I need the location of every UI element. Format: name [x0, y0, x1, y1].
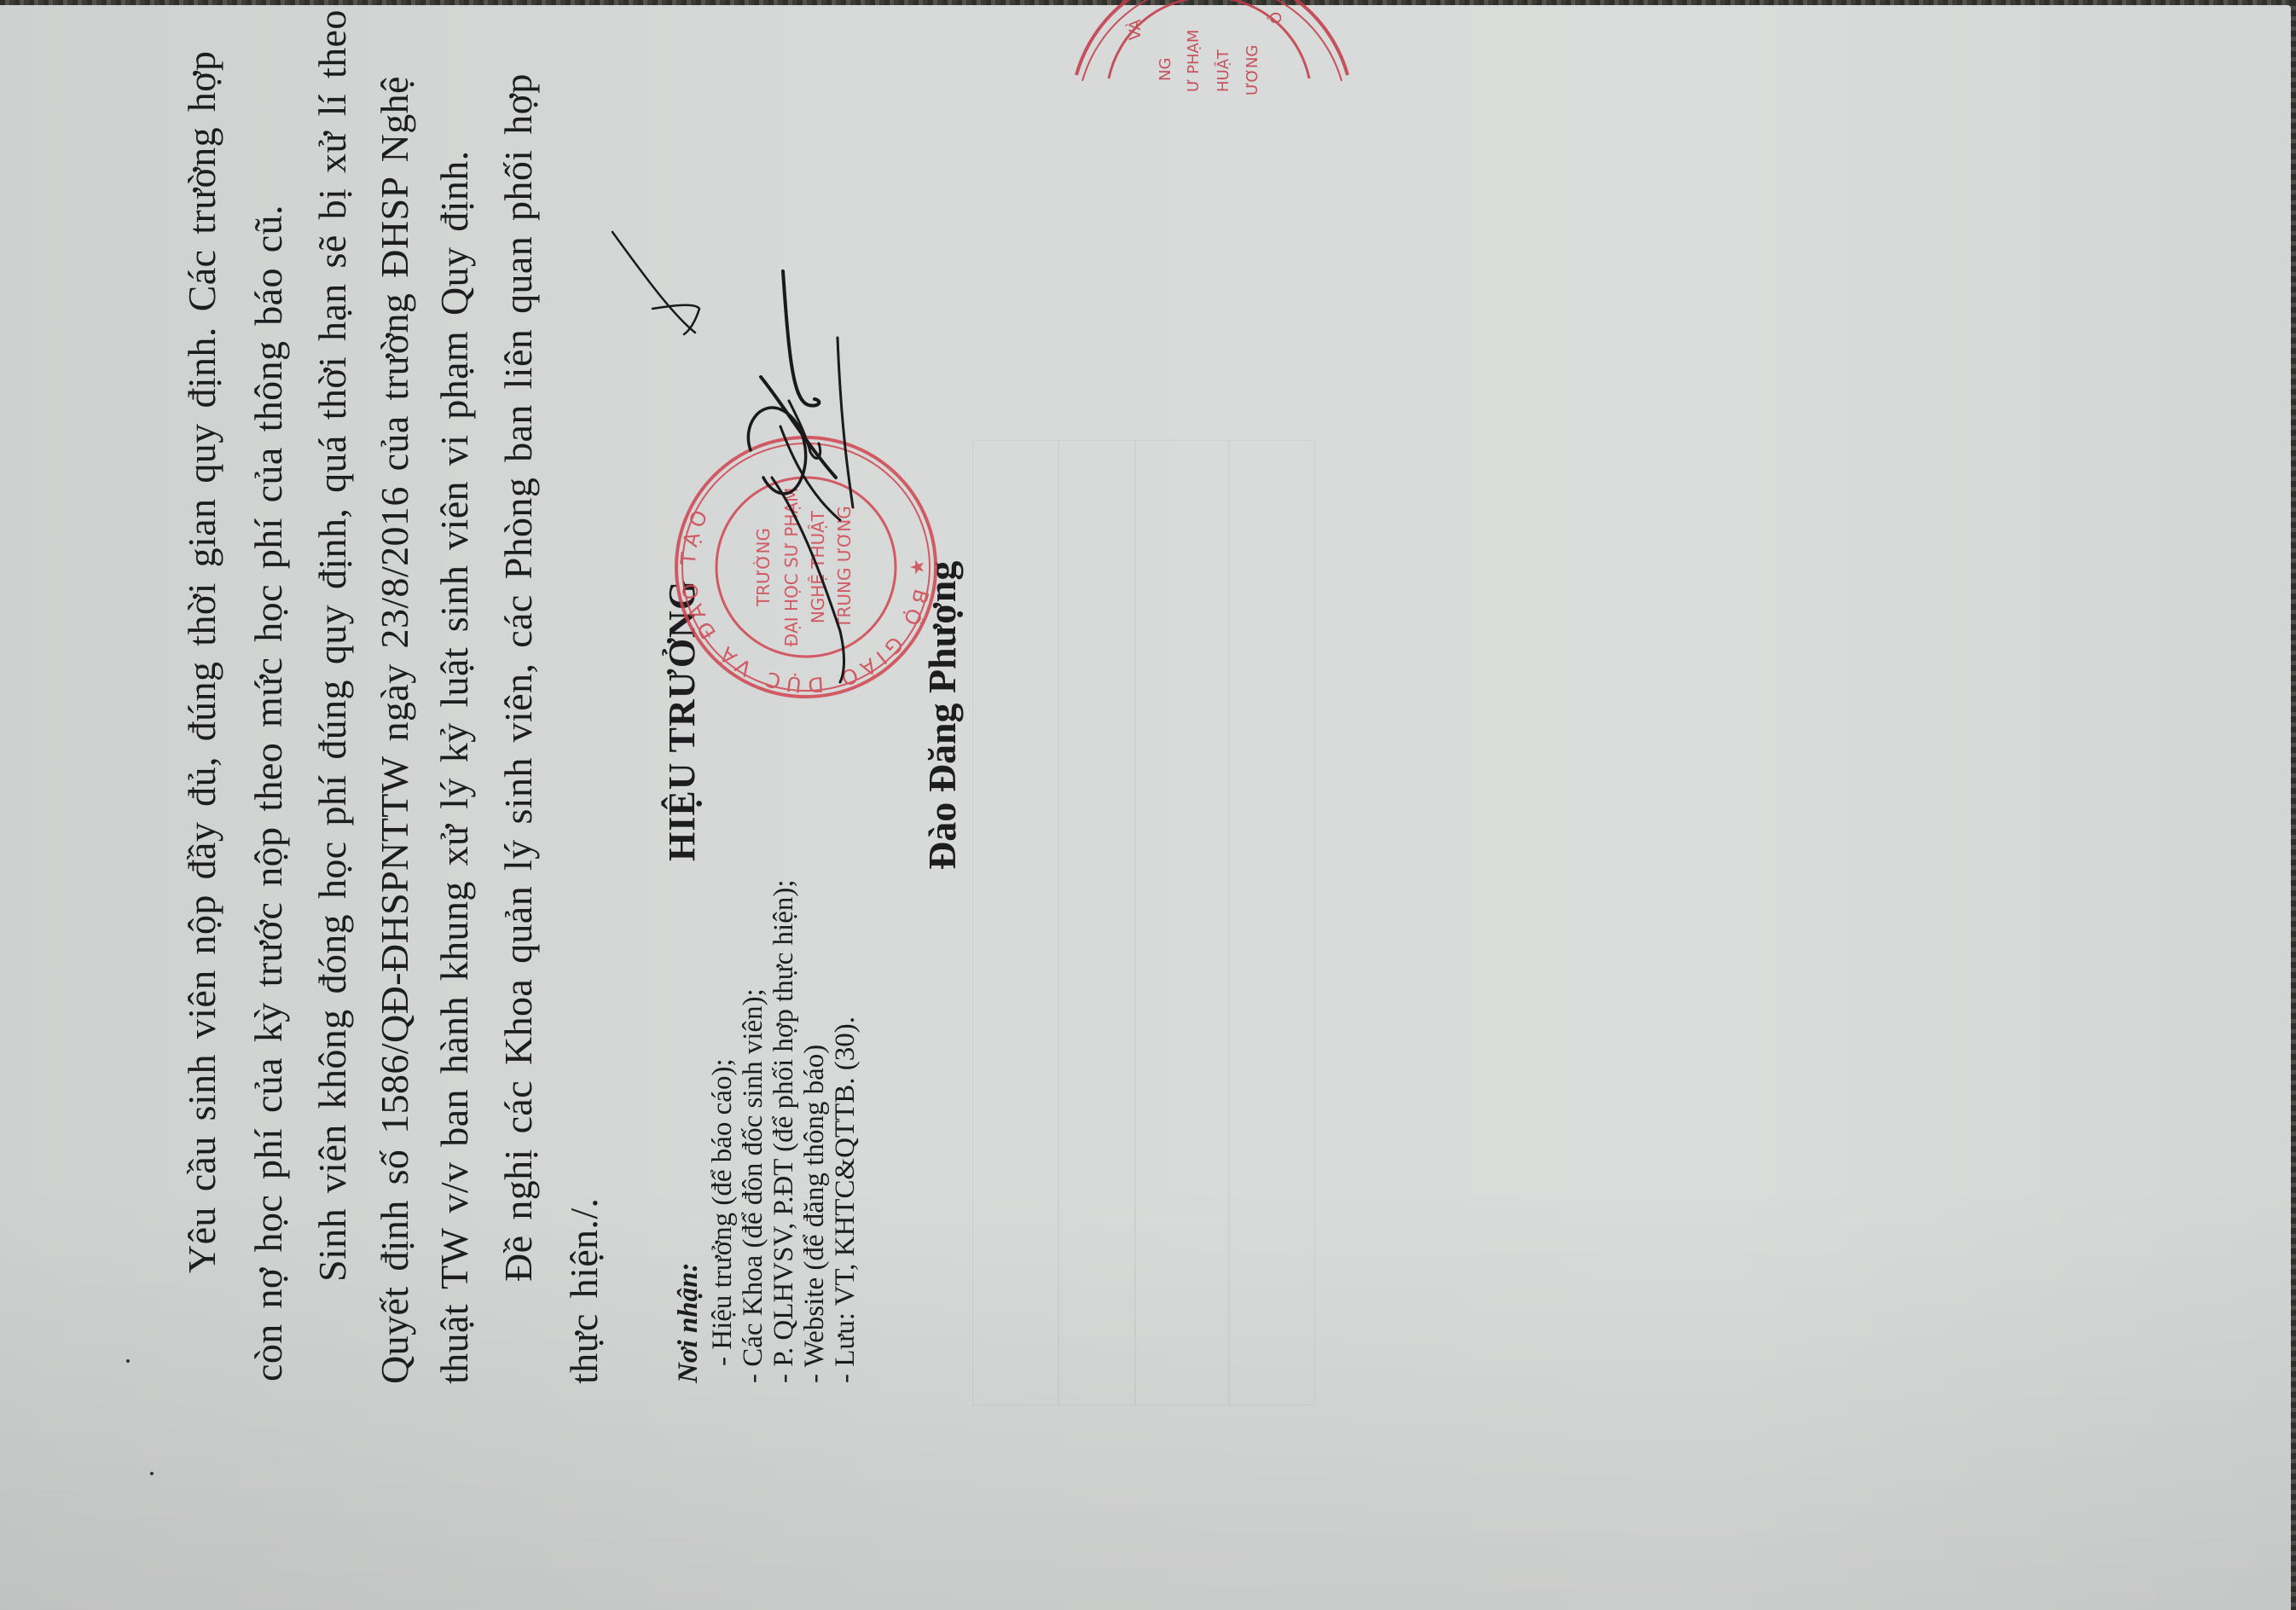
body-line: Đề nghị các Khoa quản lý sinh viên, các … — [497, 156, 540, 1282]
rotated-content: Yêu cầu sinh viên nộp đầy đủ, đúng thời … — [0, 0, 2296, 1610]
signer-title: HIỆU TRƯỞNG — [661, 580, 704, 861]
body-line: Quyết định số 1586/QĐ-ĐHSPNTTW ngày 23/8… — [374, 156, 416, 1384]
body-line: Yêu cầu sinh viên nộp đầy đủ, đúng thời … — [181, 156, 223, 1273]
body-line: còn nợ học phí của kỳ trước nộp theo mức… — [247, 205, 290, 1381]
recipients-title: Nơi nhận: — [674, 1262, 703, 1383]
recipient-item: - Lưu: VT, KHTC&QTTB. (30). — [831, 1016, 860, 1383]
body-line: thực hiện./. — [563, 1198, 606, 1384]
recipient-item: - Website (để đăng thông báo) — [800, 1045, 829, 1383]
recipient-item: - P. QLHVSV, P.ĐT (để phối hợp thực hiện… — [769, 879, 798, 1383]
recipient-item: - Các Khoa (để đôn đốc sinh viên); — [739, 988, 768, 1383]
body-line: thuật TW v/v ban hành khung xử lý kỷ luậ… — [433, 150, 476, 1384]
recipient-item: - Hiệu trưởng (để báo cáo); — [708, 1058, 737, 1366]
body-line: Sinh viên không đóng học phí đúng quy đị… — [311, 156, 354, 1282]
signer-name: Đào Đăng Phượng — [921, 561, 964, 870]
